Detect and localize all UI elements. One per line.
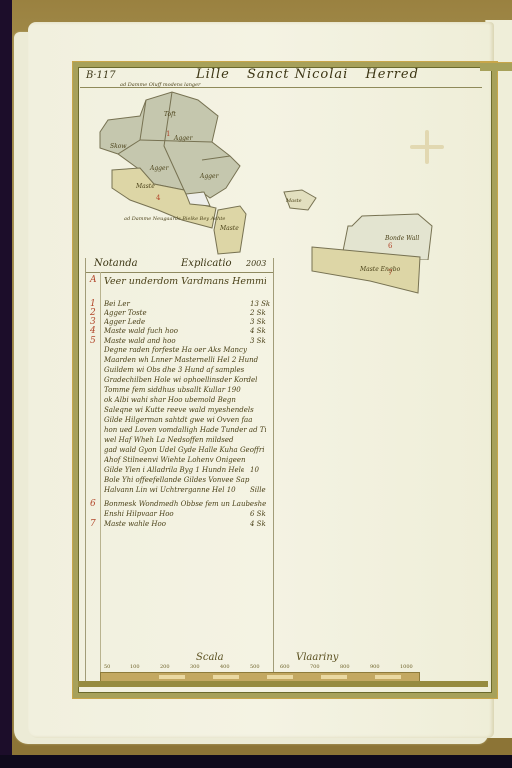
row-text: gad wald Gyon Udel Gyde Halle Kuha Geoff… bbox=[104, 446, 266, 454]
scale-tick: 400 bbox=[220, 664, 230, 670]
scale-tick: 100 bbox=[130, 664, 140, 670]
row-amount: 10 bbox=[250, 466, 259, 474]
scale-tick: 200 bbox=[160, 664, 170, 670]
row-text: ok Albi wahi shar Hoo ubemold Begn bbox=[104, 396, 266, 404]
dark-left-edge bbox=[0, 0, 12, 768]
parcel-label: Agger bbox=[149, 165, 170, 172]
parcel-label: Bonde Wall bbox=[384, 235, 419, 242]
scale-tick: 500 bbox=[250, 664, 260, 670]
parcel-maste-strip: Maste Engbo 7 bbox=[310, 245, 425, 295]
row-amount: 6 Sk bbox=[250, 510, 266, 518]
scale-segment bbox=[375, 675, 401, 679]
row-amount: 4 Sk bbox=[250, 520, 266, 528]
parcel-label: Skow bbox=[110, 143, 127, 150]
parcel-label: Maste bbox=[219, 225, 239, 232]
row-text: Enshi Hilpvaar Hoo bbox=[104, 510, 244, 518]
row-text: hon ued Loven vomdalligh Hade Tunder ad … bbox=[104, 426, 266, 434]
parcel-label: Maste bbox=[285, 198, 302, 204]
row-amount: 3 Sk bbox=[250, 318, 266, 326]
scale-tick: 300 bbox=[190, 664, 200, 670]
row-text: Bole Yhi offeefellande Gildes Vonvee Sap bbox=[104, 476, 266, 484]
cadastral-map: Skow Toft Agger Agger Agger Maste Maste … bbox=[80, 80, 440, 260]
table-header: Notanda Explicatio 2003 bbox=[86, 258, 273, 273]
scale-bar-group: Scala Vlaariny 5010020030040050060070080… bbox=[100, 648, 418, 682]
row-amount: Sille bbox=[250, 486, 266, 494]
scale-segment bbox=[159, 675, 185, 679]
parcel-label: Maste bbox=[135, 183, 155, 190]
parcel-number: 4 bbox=[156, 194, 161, 202]
scale-tick: 800 bbox=[340, 664, 350, 670]
row-text: Tomme fem siddhus ubsallt Kullar 190 bbox=[104, 386, 266, 394]
scale-tick: 900 bbox=[370, 664, 380, 670]
parcel-number: 1 bbox=[166, 130, 170, 138]
row-amount: 3 Sk bbox=[250, 337, 266, 345]
scale-tick: 50 bbox=[104, 664, 110, 670]
row-amount: 2 Sk bbox=[250, 309, 266, 317]
row-text: Guildem wi Obs dhe 3 Hund af samples bbox=[104, 366, 266, 374]
row-text: Maste wald and hoo bbox=[104, 337, 244, 345]
frame-continuation bbox=[480, 62, 512, 71]
row-text: Degne raden forfeste Ha oer Aks Mancy bbox=[104, 346, 266, 354]
row-text: Agger Lede bbox=[104, 318, 244, 326]
scale-label: Scala bbox=[196, 652, 224, 663]
scale-segment bbox=[321, 675, 347, 679]
scale-segment bbox=[213, 675, 239, 679]
row-number: 7 bbox=[90, 519, 96, 529]
row-number: 6 bbox=[90, 499, 96, 509]
row-text: wel Haf Wheh La Nedsoffen mildsed bbox=[104, 436, 266, 444]
row-text: Maste wahle Hoo bbox=[104, 520, 244, 528]
row-text: Bonmesk Wondmedh Obbse fem un Laubesheld bbox=[104, 500, 266, 508]
row-number: 5 bbox=[90, 336, 96, 346]
header-notanda: Notanda bbox=[94, 258, 138, 269]
scale-segment bbox=[267, 675, 293, 679]
parcel-label: Agger bbox=[173, 135, 194, 142]
row-text: Bei Ler bbox=[104, 300, 244, 308]
dark-bottom-edge bbox=[0, 755, 512, 768]
scale-unit-label: Vlaariny bbox=[296, 652, 338, 663]
parcel-label: Agger bbox=[199, 173, 220, 180]
scale-tick: 600 bbox=[280, 664, 290, 670]
parcel-number: 7 bbox=[388, 269, 392, 277]
map-annotation-bottom: ad Damme Neugaards Bielke Bey Achte bbox=[124, 216, 225, 222]
row-amount: 13 Sk bbox=[250, 300, 270, 308]
row-text: Maste wald fuch hoo bbox=[104, 327, 244, 335]
parcel-label: Toft bbox=[164, 111, 176, 118]
row-text: Agger Toste bbox=[104, 309, 244, 317]
parcel-label: Maste Engbo bbox=[359, 266, 401, 273]
row-amount: 4 Sk bbox=[250, 327, 266, 335]
header-explicatio: Explicatio bbox=[181, 258, 232, 269]
row-text: Gilde Ylen i Alladrila Byg 1 Hundn Hele bbox=[104, 466, 244, 474]
row-text: Maarden wh Lnner Masternelli Hel 2 Hund bbox=[104, 356, 266, 364]
row-text: Veer underdom Vardmans Hemmi i Fackwalde… bbox=[104, 276, 266, 287]
row-text: Gradechilben Hole wi ophoellinsder Korde… bbox=[104, 376, 266, 384]
scale-tick: 700 bbox=[310, 664, 320, 670]
frame-bottom-band bbox=[78, 681, 488, 687]
row-text: Ahof Stilneenvi Wiehte Lohenv Onigeen bbox=[104, 456, 266, 464]
row-number: A bbox=[90, 275, 97, 285]
row-text: Gilde Hilgerman sahtdt gwe wi Ovven faa bbox=[104, 416, 266, 424]
row-number: 4 bbox=[90, 326, 96, 336]
scale-tick: 1000 bbox=[400, 664, 413, 670]
row-text: Saleqne wi Kutte reeve wald myeshendels bbox=[104, 406, 266, 414]
header-extra: 2003 bbox=[246, 259, 266, 268]
row-text: Halvann Lin wi Uchtrerganne Hel 10 bbox=[104, 486, 244, 494]
map-annotation-top: ad Damme Oluff modens langer bbox=[120, 82, 201, 88]
